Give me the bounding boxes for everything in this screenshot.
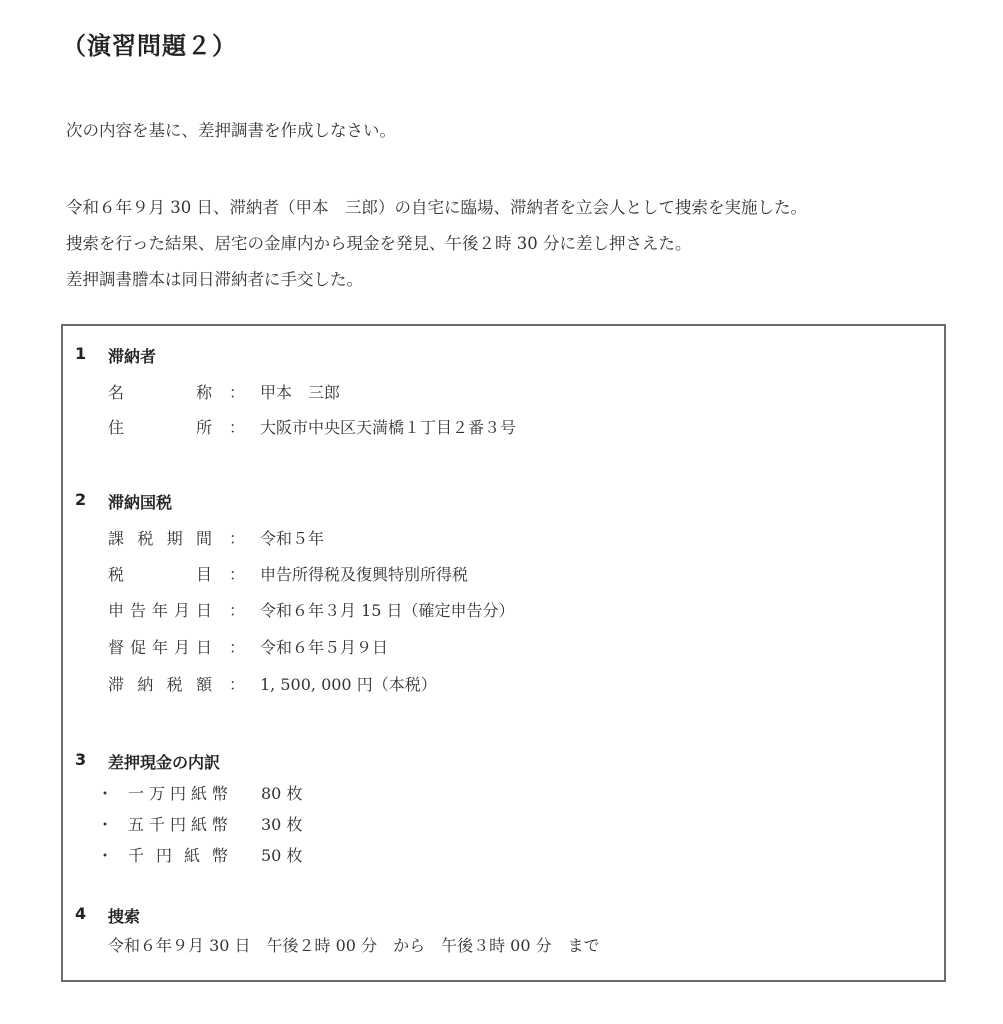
field-label: 税目 (108, 562, 212, 585)
field-label: 督促年月日 (108, 635, 212, 658)
section-number: 4 (75, 904, 86, 923)
cash-label: 五千円紙幣 (128, 812, 228, 835)
field-label: 住所 (108, 415, 212, 438)
scenario-line: 捜索を行った結果、居宅の金庫内から現金を発見、午後２時 30 分に差し押さえた。 (66, 226, 966, 262)
seizure-details-box: 1 滞納者 名称 ： 甲本 三郎 住所 ： 大阪市中央区天満橋１丁目２番３号 2… (61, 324, 946, 982)
exercise-title: （演習問題２） (62, 26, 237, 61)
field-value: 申告所得税及復興特別所得税 (260, 562, 468, 585)
section-title: 差押現金の内訳 (108, 750, 220, 773)
field-value: 甲本 三郎 (260, 380, 340, 403)
field-label: 名称 (108, 380, 212, 403)
section-number: 3 (75, 750, 86, 769)
cash-count: 80 枚 (261, 781, 302, 804)
cash-label: 一万円紙幣 (128, 781, 228, 804)
section-title: 捜索 (108, 904, 140, 927)
bullet-icon: ・ (97, 812, 113, 835)
bullet-icon: ・ (97, 781, 113, 804)
instruction-text: 次の内容を基に、差押調書を作成しなさい。 (66, 117, 396, 141)
cash-count: 50 枚 (261, 843, 302, 866)
field-label: 滞納税額 (108, 672, 212, 695)
field-label: 申告年月日 (108, 598, 212, 621)
cash-label: 千円紙幣 (128, 843, 228, 866)
field-value: 令和６年３月 15 日（確定申告分） (260, 598, 515, 621)
scenario-line: 差押調書謄本は同日滞納者に手交した。 (66, 262, 966, 298)
search-period-text: 令和６年９月 30 日 午後２時 00 分 から 午後３時 00 分 まで (108, 933, 600, 956)
field-value: 1, 500, 000 円（本税） (260, 672, 437, 695)
bullet-icon: ・ (97, 843, 113, 866)
section-number: 1 (75, 344, 86, 363)
cash-count: 30 枚 (261, 812, 302, 835)
field-value: 令和６年５月９日 (260, 635, 388, 658)
section-number: 2 (75, 490, 86, 509)
scenario-line: 令和６年９月 30 日、滞納者（甲本 三郎）の自宅に臨場、滞納者を立会人として捜… (66, 190, 966, 226)
scenario-paragraph: 令和６年９月 30 日、滞納者（甲本 三郎）の自宅に臨場、滞納者を立会人として捜… (66, 190, 966, 298)
field-value: 令和５年 (260, 526, 324, 549)
section-title: 滞納者 (108, 344, 156, 367)
field-value: 大阪市中央区天満橋１丁目２番３号 (260, 415, 516, 438)
section-title: 滞納国税 (108, 490, 172, 513)
field-label: 課税期間 (108, 526, 212, 549)
